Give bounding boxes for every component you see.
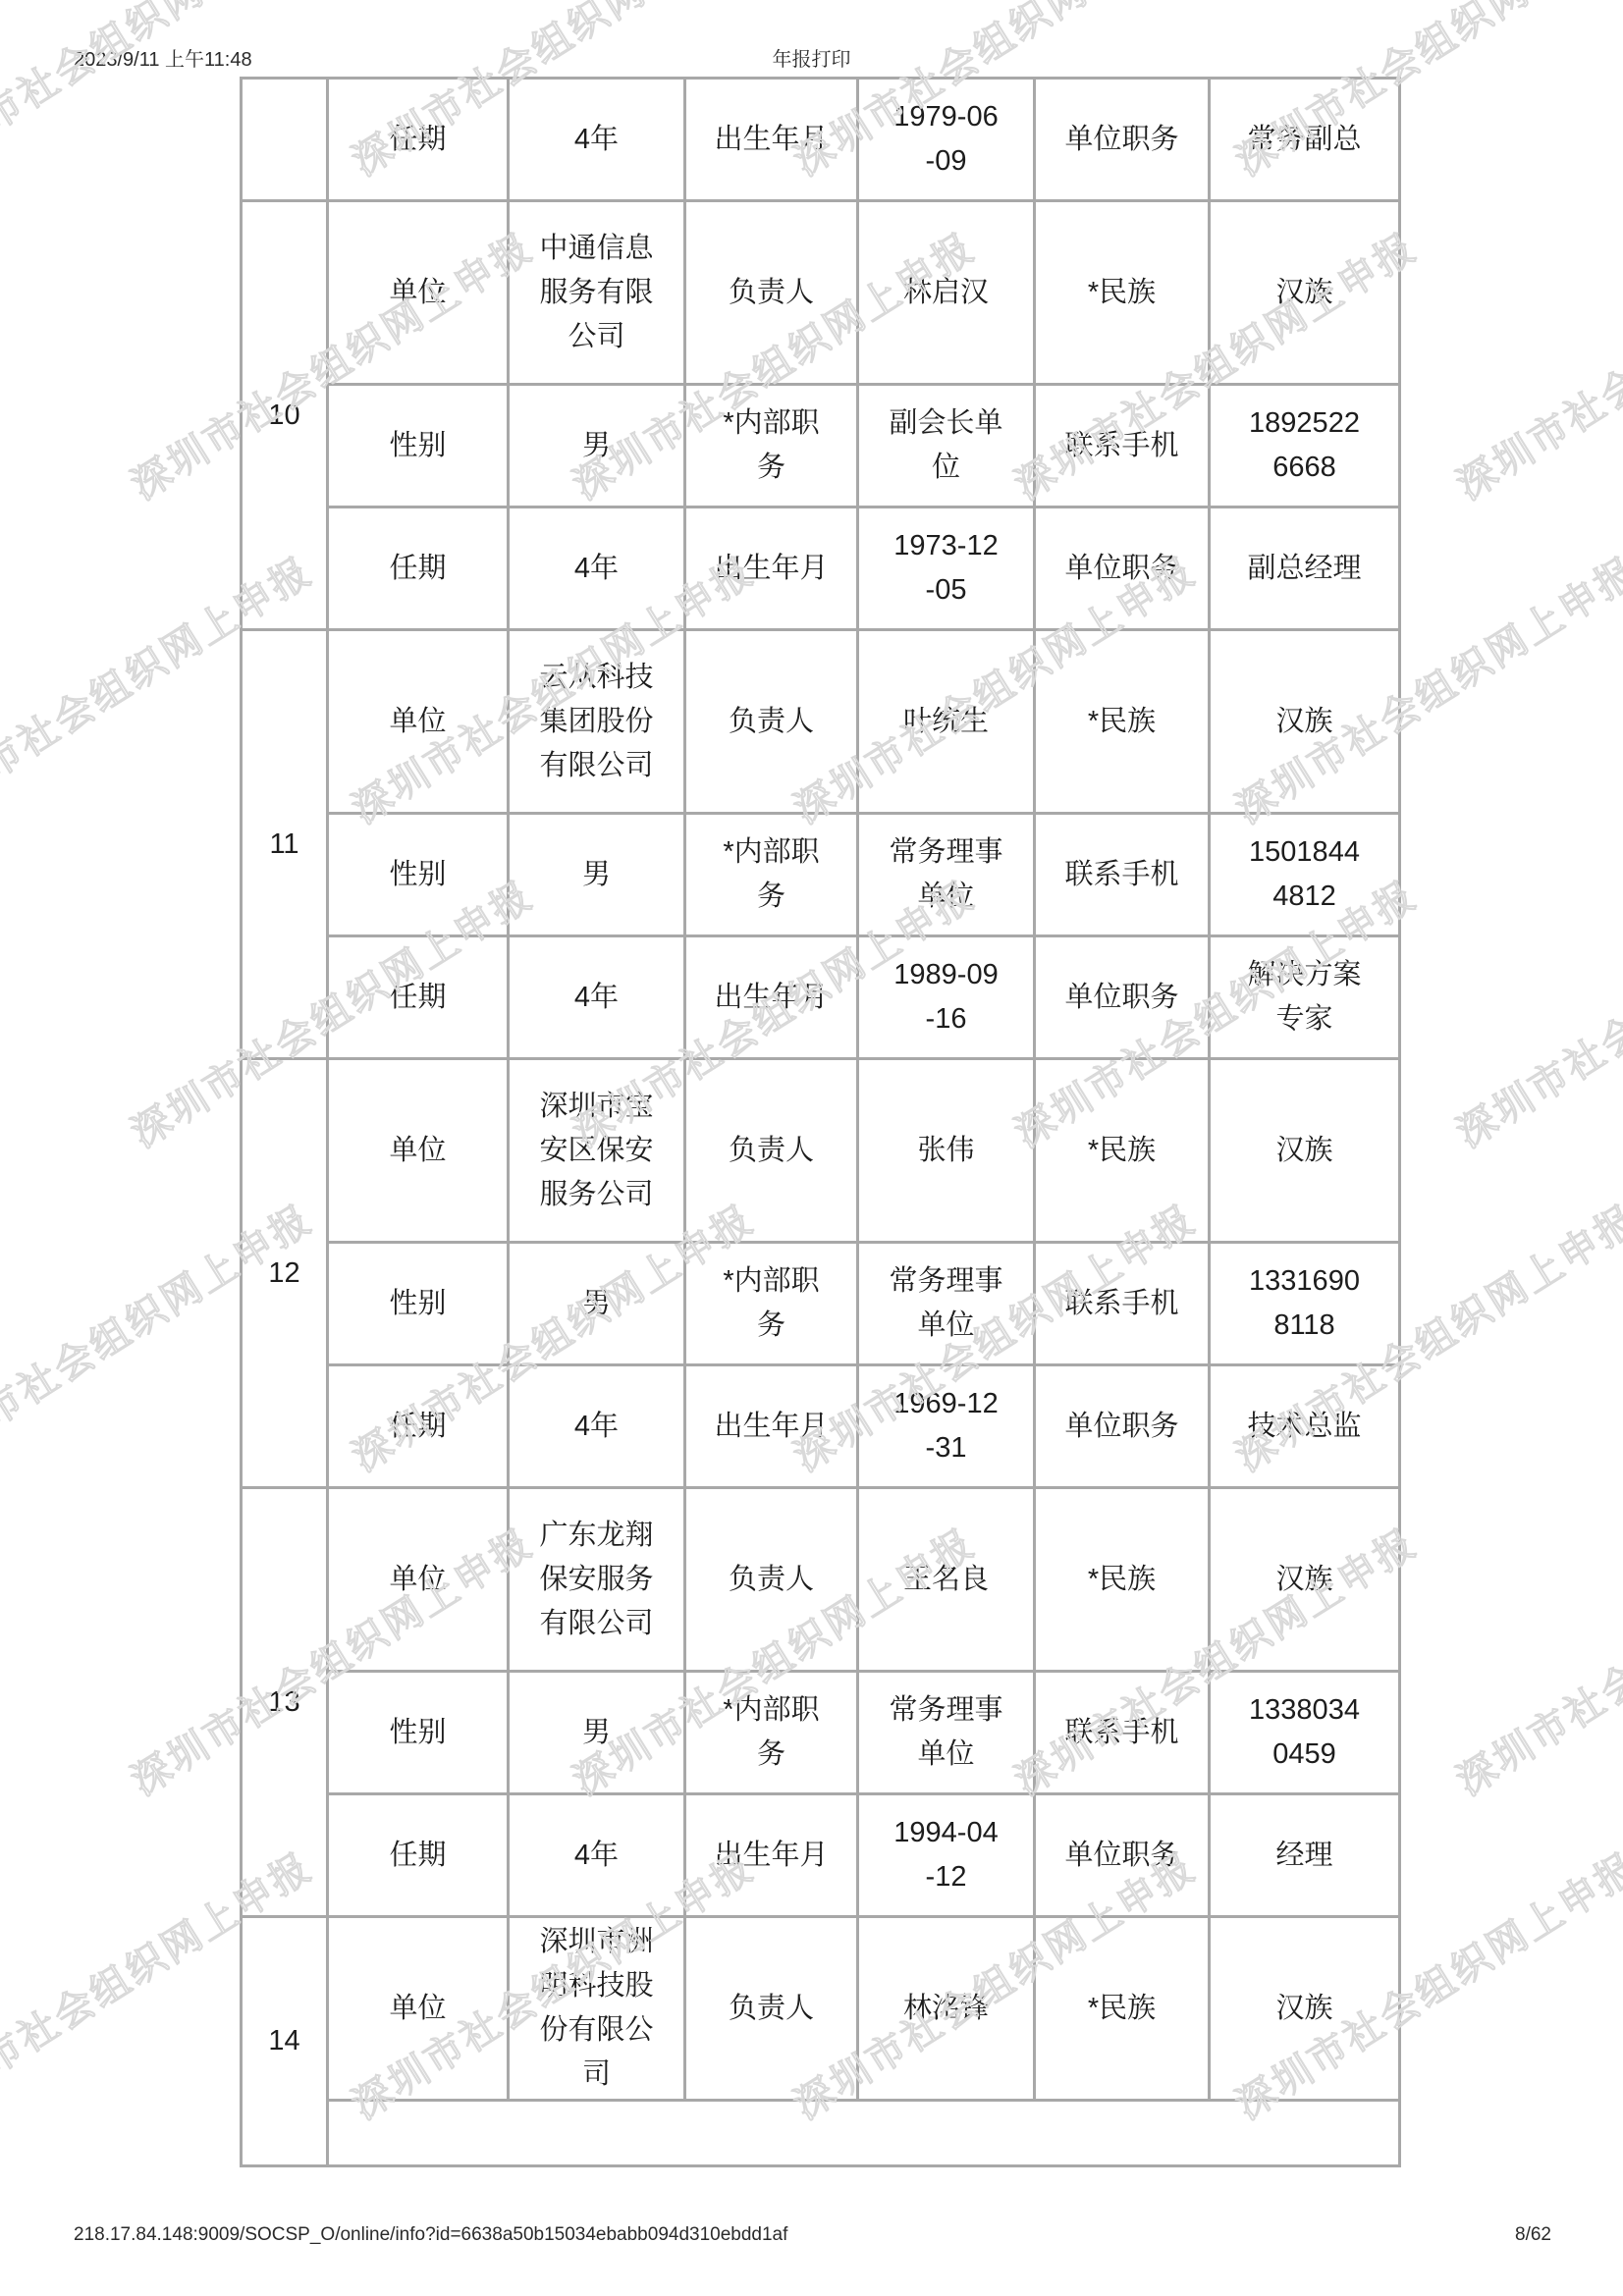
cell-label: 单位 (328, 201, 509, 385)
cell-label: 负责人 (685, 1059, 858, 1243)
cell-value: 深圳市宝 安区保安 服务公司 (509, 1059, 685, 1243)
cell-label: *民族 (1035, 1059, 1210, 1243)
cell-label: 性别 (328, 1672, 509, 1794)
cell-value: 中通信息 服务有限 公司 (509, 201, 685, 385)
cell-label: 负责人 (685, 1488, 858, 1672)
cell-label: 单位职务 (1035, 1365, 1210, 1488)
cell-label: 单位 (328, 1917, 509, 2101)
cell-value: 广东龙翔 保安服务 有限公司 (509, 1488, 685, 1672)
cell-label: 单位职务 (1035, 507, 1210, 630)
cell-label: *内部职 务 (685, 814, 858, 936)
cell-value: 男 (509, 1243, 685, 1365)
empty-continuation-cell (328, 2101, 1400, 2166)
row-number-cell: 11 (242, 630, 328, 1059)
svg-text:深圳市社会组织网上申报: 深圳市社会组织网上申报 (1449, 226, 1623, 508)
cell-value: 常务理事 单位 (858, 1672, 1035, 1794)
cell-label: 任期 (328, 507, 509, 630)
cell-label: *民族 (1035, 1917, 1210, 2101)
cell-value: 1331690 8118 (1210, 1243, 1400, 1365)
cell-value: 云从科技 集团股份 有限公司 (509, 630, 685, 814)
table-row: 性别 男 *内部职 务 常务理事 单位 联系手机 1331690 8118 (242, 1243, 1400, 1365)
cell-value: 常务理事 单位 (858, 1243, 1035, 1365)
cell-value: 1338034 0459 (1210, 1672, 1400, 1794)
cell-label: *民族 (1035, 201, 1210, 385)
cell-label: 任期 (328, 79, 509, 201)
cell-value: 1969-12 -31 (858, 1365, 1035, 1488)
cell-label: *民族 (1035, 1488, 1210, 1672)
cell-value: 4年 (509, 1794, 685, 1917)
cell-value: 经理 (1210, 1794, 1400, 1917)
cell-label: 出生年月 (685, 1794, 858, 1917)
cell-value: 男 (509, 385, 685, 507)
cell-label: 联系手机 (1035, 1672, 1210, 1794)
table-row: 14 单位 深圳市洲 明科技股 份有限公 司 负责人 林洺锋 *民族 汉族 (242, 1917, 1400, 2101)
row-number-cell: 13 (242, 1488, 328, 1917)
cell-value: 1989-09 -16 (858, 936, 1035, 1059)
cell-value: 1979-06 -09 (858, 79, 1035, 201)
row-number-cell (242, 79, 328, 201)
cell-value: 男 (509, 814, 685, 936)
table-row: 任期 4年 出生年月 1994-04 -12 单位职务 经理 (242, 1794, 1400, 1917)
cell-label: 联系手机 (1035, 1243, 1210, 1365)
footer-url: 218.17.84.148:9009/SOCSP_O/online/info?i… (74, 2224, 787, 2246)
cell-label: *内部职 务 (685, 385, 858, 507)
table-row: 性别 男 *内部职 务 副会长单 位 联系手机 1892522 6668 (242, 385, 1400, 507)
svg-text:深圳市社会组织网上申报: 深圳市社会组织网上申报 (1449, 874, 1623, 1156)
table-row: 任期 4年 出生年月 1989-09 -16 单位职务 解决方案 专家 (242, 936, 1400, 1059)
cell-label: 出生年月 (685, 1365, 858, 1488)
cell-label: *民族 (1035, 630, 1210, 814)
cell-label: 性别 (328, 385, 509, 507)
cell-label: *内部职 务 (685, 1243, 858, 1365)
page-title: 年报打印 (0, 43, 1623, 72)
cell-label: *内部职 务 (685, 1672, 858, 1794)
table-row: 13 单位 广东龙翔 保安服务 有限公司 负责人 王名良 *民族 汉族 (242, 1488, 1400, 1672)
svg-text:深圳市社会组织网上申报: 深圳市社会组织网上申报 (1449, 1522, 1623, 1804)
cell-value: 汉族 (1210, 1917, 1400, 2101)
cell-value: 常务副总 (1210, 79, 1400, 201)
cell-label: 任期 (328, 1365, 509, 1488)
cell-label: 出生年月 (685, 936, 858, 1059)
table-row: 性别 男 *内部职 务 常务理事 单位 联系手机 1338034 0459 (242, 1672, 1400, 1794)
cell-label: 任期 (328, 936, 509, 1059)
page-indicator: 8/62 (1515, 2224, 1551, 2246)
cell-value: 张伟 (858, 1059, 1035, 1243)
cell-value: 常务理事 单位 (858, 814, 1035, 936)
row-number-cell: 10 (242, 201, 328, 630)
cell-value: 汉族 (1210, 630, 1400, 814)
cell-label: 联系手机 (1035, 385, 1210, 507)
cell-label: 出生年月 (685, 507, 858, 630)
table-row: 10 单位 中通信息 服务有限 公司 负责人 林启汉 *民族 汉族 (242, 201, 1400, 385)
table-row: 任期 4年 出生年月 1973-12 -05 单位职务 副总经理 (242, 507, 1400, 630)
cell-value: 王名良 (858, 1488, 1035, 1672)
cell-label: 性别 (328, 1243, 509, 1365)
cell-value: 叶统生 (858, 630, 1035, 814)
cell-label: 性别 (328, 814, 509, 936)
cell-label: 单位 (328, 630, 509, 814)
annual-report-table: 任期 4年 出生年月 1979-06 -09 单位职务 常务副总 10 单位 中… (240, 77, 1401, 2167)
row-number-cell: 12 (242, 1059, 328, 1488)
cell-value: 林启汉 (858, 201, 1035, 385)
cell-label: 单位职务 (1035, 1794, 1210, 1917)
cell-label: 单位 (328, 1488, 509, 1672)
cell-value: 1501844 4812 (1210, 814, 1400, 936)
cell-label: 单位 (328, 1059, 509, 1243)
cell-label: 单位职务 (1035, 79, 1210, 201)
table-row: 性别 男 *内部职 务 常务理事 单位 联系手机 1501844 4812 (242, 814, 1400, 936)
cell-value: 副会长单 位 (858, 385, 1035, 507)
table-row: 任期 4年 出生年月 1969-12 -31 单位职务 技术总监 (242, 1365, 1400, 1488)
cell-value: 1892522 6668 (1210, 385, 1400, 507)
row-number-cell: 14 (242, 1917, 328, 2166)
cell-value: 1973-12 -05 (858, 507, 1035, 630)
cell-label: 联系手机 (1035, 814, 1210, 936)
cell-label: 负责人 (685, 1917, 858, 2101)
cell-label: 出生年月 (685, 79, 858, 201)
cell-value: 解决方案 专家 (1210, 936, 1400, 1059)
cell-label: 任期 (328, 1794, 509, 1917)
cell-value: 林洺锋 (858, 1917, 1035, 2101)
cell-value: 4年 (509, 936, 685, 1059)
cell-label: 单位职务 (1035, 936, 1210, 1059)
cell-value: 男 (509, 1672, 685, 1794)
cell-value: 汉族 (1210, 201, 1400, 385)
cell-label: 负责人 (685, 630, 858, 814)
table-row: 11 单位 云从科技 集团股份 有限公司 负责人 叶统生 *民族 汉族 (242, 630, 1400, 814)
cell-value: 4年 (509, 1365, 685, 1488)
cell-label: 负责人 (685, 201, 858, 385)
cell-value: 4年 (509, 79, 685, 201)
cell-value: 汉族 (1210, 1059, 1400, 1243)
cell-value: 技术总监 (1210, 1365, 1400, 1488)
cell-value: 副总经理 (1210, 507, 1400, 630)
cell-value: 4年 (509, 507, 685, 630)
cell-value: 深圳市洲 明科技股 份有限公 司 (509, 1917, 685, 2101)
table-row (242, 2101, 1400, 2166)
cell-value: 汉族 (1210, 1488, 1400, 1672)
table-row: 12 单位 深圳市宝 安区保安 服务公司 负责人 张伟 *民族 汉族 (242, 1059, 1400, 1243)
table-row: 任期 4年 出生年月 1979-06 -09 单位职务 常务副总 (242, 79, 1400, 201)
cell-value: 1994-04 -12 (858, 1794, 1035, 1917)
